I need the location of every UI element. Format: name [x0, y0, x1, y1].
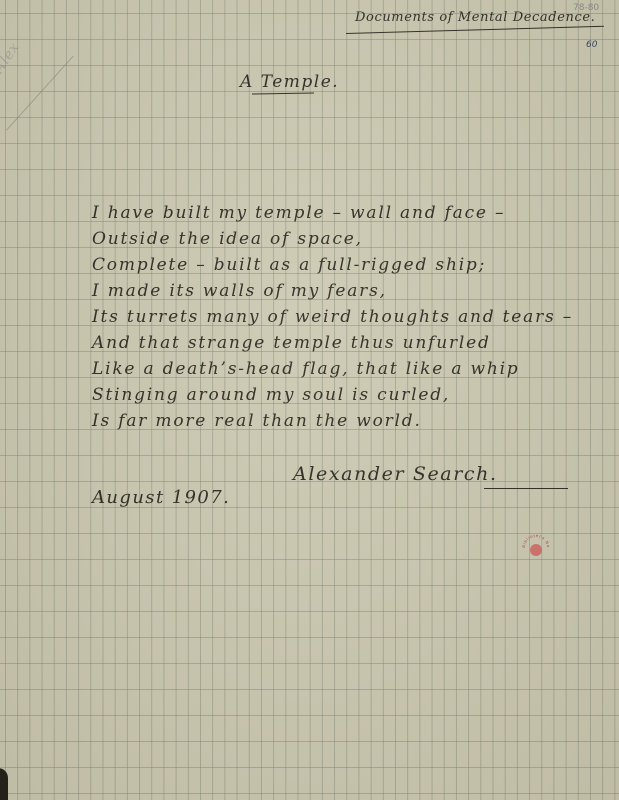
title-underline — [252, 92, 314, 94]
header-underline — [346, 26, 604, 34]
poem-line: Complete – built as a full-rigged ship; — [92, 255, 486, 275]
poem-line: I made its walls of my fears, — [92, 281, 387, 301]
binding-edge — [0, 768, 8, 800]
poem-line: And that strange temple thus unfurled — [92, 333, 491, 353]
library-stamp-icon: Biblioteca Nacional — [521, 532, 551, 562]
poem-title: A Temple. — [240, 72, 339, 92]
poem-date: August 1907. — [92, 487, 230, 508]
manuscript-page: 78-80 Documents of Mental Decadence. 60 … — [0, 0, 619, 800]
folio-number: 60 — [586, 40, 597, 50]
poem-line: I have built my temple – wall and face – — [92, 203, 505, 223]
signature-underline — [484, 488, 568, 489]
poem-line: Outside the idea of space, — [92, 229, 363, 249]
poem-line: Stinging around my soul is curled, — [92, 385, 450, 405]
poem-line: Is far more real than the world. — [92, 411, 422, 431]
author-signature: Alexander Search. — [293, 463, 498, 485]
pencil-stroke — [6, 56, 74, 131]
pencil-annotation: Alex — [0, 40, 23, 76]
poem-line: Like a death’s-head flag, that like a wh… — [92, 359, 520, 379]
header-note: Documents of Mental Decadence. — [355, 10, 595, 25]
poem-line: Its turrets many of weird thoughts and t… — [92, 307, 573, 327]
